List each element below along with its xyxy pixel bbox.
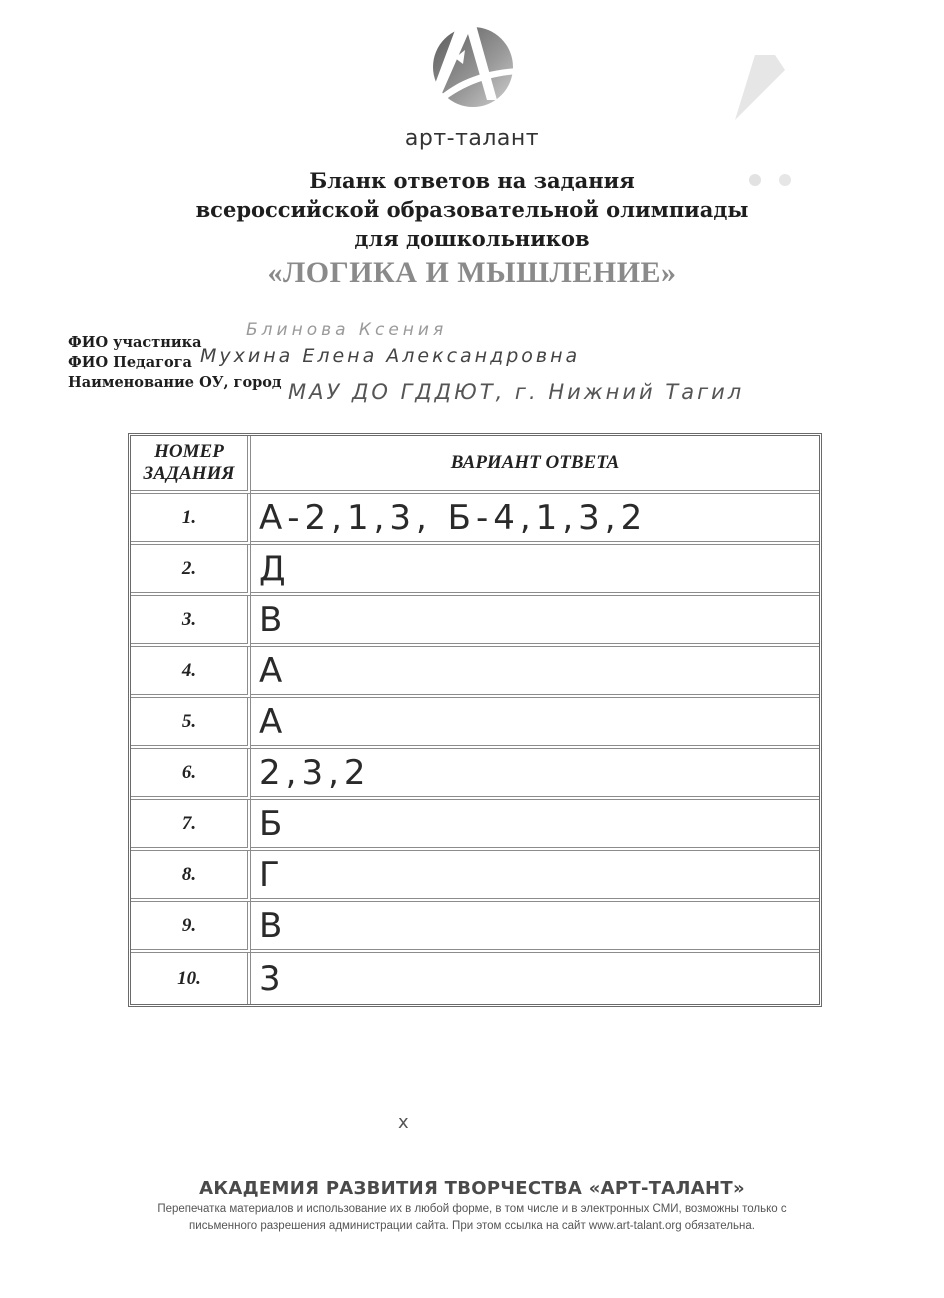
table-row: 6. 2,3,2	[131, 749, 819, 800]
footer: АКАДЕМИЯ РАЗВИТИЯ ТВОРЧЕСТВА «АРТ-ТАЛАНТ…	[0, 1178, 944, 1233]
table-row: 5. А	[131, 698, 819, 749]
task-number: 3.	[131, 596, 251, 647]
answer-value: 3	[259, 959, 286, 999]
column-header-answer: ВАРИАНТ ОТВЕТА	[251, 436, 819, 494]
task-number: 10.	[131, 953, 251, 1004]
art-talant-logo-icon	[421, 12, 521, 112]
answer-cell[interactable]: Д	[251, 545, 819, 596]
task-number: 9.	[131, 902, 251, 953]
answer-value: А	[259, 702, 287, 742]
task-number: 6.	[131, 749, 251, 800]
table-row: 4. А	[131, 647, 819, 698]
participant-name-field[interactable]: Блинова Ксения	[246, 320, 447, 340]
check-mark: x	[398, 1112, 409, 1133]
table-row: 1. А-2,1,3, Б-4,1,3,2	[131, 494, 819, 545]
answer-cell[interactable]: А-2,1,3, Б-4,1,3,2	[251, 494, 819, 545]
school-label: Наименование ОУ, город	[68, 373, 282, 393]
answer-value: 2,3,2	[259, 753, 371, 793]
table-row: 9. В	[131, 902, 819, 953]
answer-value: Г	[259, 855, 285, 895]
answer-cell[interactable]: Б	[251, 800, 819, 851]
answer-cell[interactable]: А	[251, 698, 819, 749]
task-number: 7.	[131, 800, 251, 851]
footer-note-line-2: письменного разрешения администрации сай…	[0, 1219, 944, 1233]
task-number: 8.	[131, 851, 251, 902]
title-line-1: Бланк ответов на задания	[0, 166, 944, 195]
table-row: 7. Б	[131, 800, 819, 851]
footer-title: АКАДЕМИЯ РАЗВИТИЯ ТВОРЧЕСТВА «АРТ-ТАЛАНТ…	[0, 1178, 944, 1199]
answer-table: НОМЕР ЗАДАНИЯ ВАРИАНТ ОТВЕТА 1. А-2,1,3,…	[128, 433, 822, 1007]
answer-cell[interactable]: Г	[251, 851, 819, 902]
answer-cell[interactable]: 3	[251, 953, 819, 1004]
answer-cell[interactable]: В	[251, 902, 819, 953]
table-row: 3. В	[131, 596, 819, 647]
form-title: Бланк ответов на задания всероссийской о…	[0, 166, 944, 291]
footer-note-line-1: Перепечатка материалов и использование и…	[0, 1202, 944, 1216]
answer-value: Д	[259, 549, 291, 589]
task-number: 2.	[131, 545, 251, 596]
school-name-field[interactable]: МАУ ДО ГДДЮТ, г. Нижний Тагил	[288, 380, 744, 404]
teacher-name-field[interactable]: Мухина Елена Александровна	[200, 345, 580, 367]
answer-value: А-2,1,3, Б-4,1,3,2	[259, 498, 647, 538]
title-line-3: для дошкольников	[0, 224, 944, 253]
answer-cell[interactable]: 2,3,2	[251, 749, 819, 800]
title-line-2: всероссийской образовательной олимпиады	[0, 195, 944, 224]
answer-cell[interactable]: А	[251, 647, 819, 698]
table-row: 10. 3	[131, 953, 819, 1004]
task-number: 1.	[131, 494, 251, 545]
olympiad-name: «ЛОГИКА И МЫШЛЕНИЕ»	[0, 255, 944, 291]
task-number: 5.	[131, 698, 251, 749]
task-number: 4.	[131, 647, 251, 698]
table-row: 8. Г	[131, 851, 819, 902]
answer-value: А	[259, 651, 287, 691]
answer-value: Б	[259, 804, 287, 844]
table-header-row: НОМЕР ЗАДАНИЯ ВАРИАНТ ОТВЕТА	[131, 436, 819, 494]
answer-value: В	[259, 600, 287, 640]
answer-value: В	[259, 906, 287, 946]
column-header-number: НОМЕР ЗАДАНИЯ	[131, 436, 251, 494]
answer-cell[interactable]: В	[251, 596, 819, 647]
table-row: 2. Д	[131, 545, 819, 596]
